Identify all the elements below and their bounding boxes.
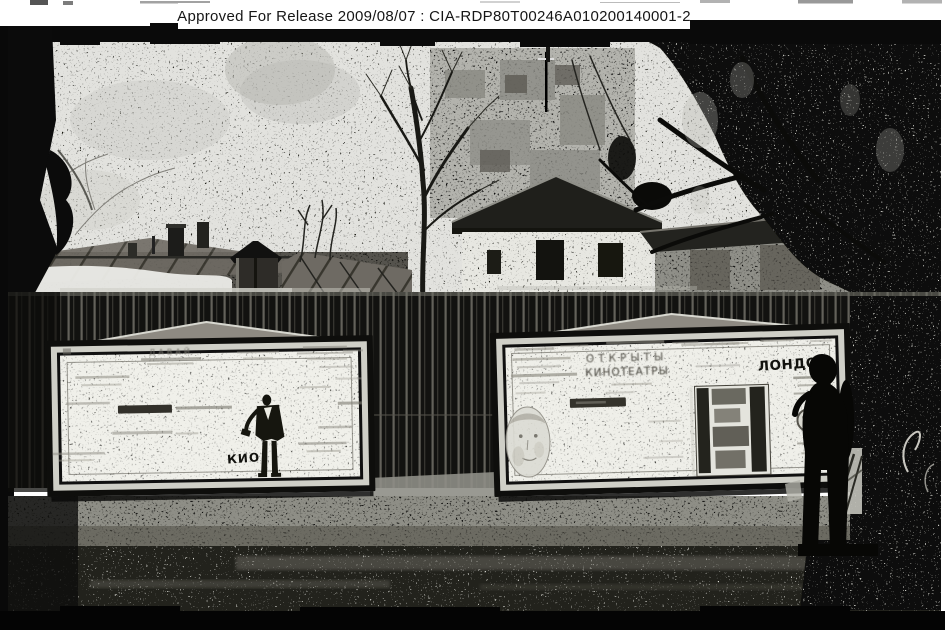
photograph-street-scene: ДАВАЙ: [0, 0, 945, 630]
stamp-right-bar: [688, 20, 941, 44]
house-window: [598, 243, 623, 277]
chimney: [197, 222, 209, 248]
right-billboard-headline-1: ОТКРЫТЫ: [586, 351, 668, 365]
left-billboard-headline: ДАВАЙ: [149, 345, 193, 357]
kio-label: КИО: [227, 450, 261, 466]
left-billboard-surface: [60, 350, 360, 481]
house-window: [536, 240, 564, 280]
release-stamp-text: Approved For Release 2009/08/07 : CIA-RD…: [177, 8, 691, 25]
left-billboard: ДАВАЙ: [44, 319, 375, 502]
scanned-document-page: Approved For Release 2009/08/07 : CIA-RD…: [0, 0, 945, 630]
release-stamp: Approved For Release 2009/08/07 : CIA-RD…: [178, 3, 690, 29]
bottom-black-band: [0, 606, 945, 630]
right-billboard-headline-2: КИНОТЕАТРЫ: [585, 365, 669, 379]
chimney: [168, 226, 184, 256]
film-poster-block: [694, 384, 770, 476]
